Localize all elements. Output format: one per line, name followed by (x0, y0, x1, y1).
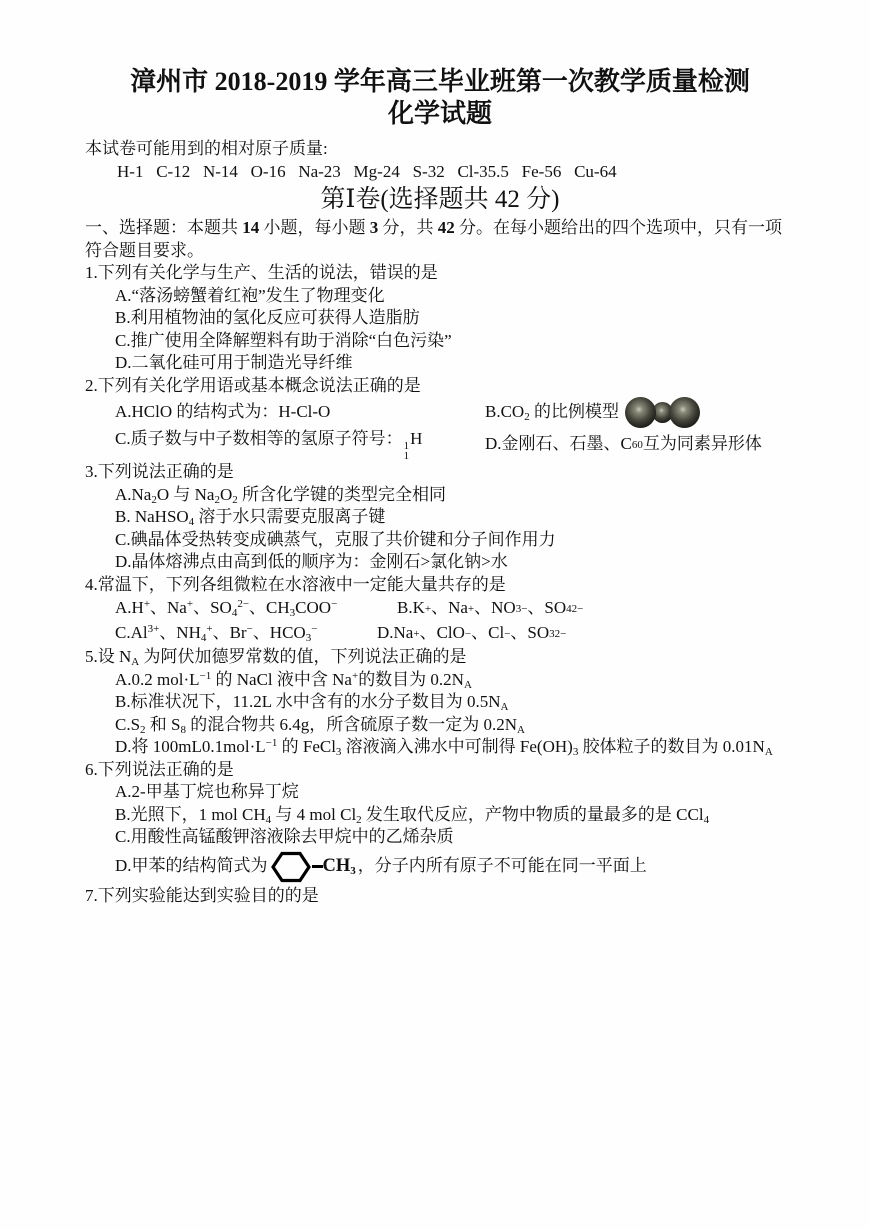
question-2-option-c: C.质子数与中子数相等的氢原子符号：11H (115, 428, 485, 461)
question-6-option-d: D.甲苯的结构简式为 CH3 ，分子内所有原子不可能在同一平面上 (85, 849, 795, 885)
question-6-option-d-suffix: ，分子内所有原子不可能在同一平面上 (358, 855, 647, 878)
exam-page: 漳州市 2018-2019 学年高三毕业班第一次教学质量检测 化学试题 本试卷可… (0, 0, 869, 1229)
question-2-option-a: A.HClO 的结构式为：H-Cl-O (115, 401, 485, 424)
question-4: 4.常温下，下列各组微粒在水溶液中一定能大量共存的是 A.H+、Na+、SO42… (85, 574, 795, 647)
question-4-row-cd: C.Al3+、NH4+、Br−、HCO3− D.Na+、ClO−、Cl−、SO3… (85, 621, 795, 646)
question-4-option-a: A.H+、Na+、SO42−、CH3COO− (115, 597, 397, 620)
oxygen-atom-sphere-left (625, 397, 656, 428)
page-content: 漳州市 2018-2019 学年高三毕业班第一次教学质量检测 化学试题 本试卷可… (85, 66, 795, 907)
atomic-mass-intro: 本试卷可能用到的相对原子质量: (85, 138, 795, 161)
question-3-option-d: D.晶体熔沸点由高到低的顺序为：金刚石>氯化钠>水 (85, 551, 795, 574)
question-1-option-c: C.推广使用全降解塑料有助于消除“白色污染” (85, 330, 795, 353)
question-2-stem: 2.下列有关化学用语或基本概念说法正确的是 (85, 375, 795, 398)
question-2-option-b: B.CO2 的比例模型 (485, 397, 700, 428)
benzene-ring-icon (270, 850, 312, 884)
question-1-stem: 1.下列有关化学与生产、生活的说法，错误的是 (85, 262, 795, 285)
question-6-option-c: C.用酸性高锰酸钾溶液除去甲烷中的乙烯杂质 (85, 826, 795, 849)
question-1: 1.下列有关化学与生产、生活的说法，错误的是 A.“落汤螃蟹着红袍”发生了物理变… (85, 262, 795, 375)
question-2-option-b-text: B.CO2 的比例模型 (485, 401, 619, 424)
question-2-option-d: D.金刚石、石墨、C60 互为同素异形体 (485, 433, 762, 456)
question-6-option-a: A.2-甲基丁烷也称异丁烷 (85, 781, 795, 804)
question-3-option-a: A.Na2O 与 Na2O2 所含化学键的类型完全相同 (85, 484, 795, 507)
question-2: 2.下列有关化学用语或基本概念说法正确的是 A.HClO 的结构式为：H-Cl-… (85, 375, 795, 462)
question-5-option-b: B.标准状况下，11.2L 水中含有的水分子数目为 0.5NA (85, 691, 795, 714)
question-5: 5.设 NA 为阿伏加德罗常数的值，下列说法正确的是 A.0.2 mol·L−1… (85, 646, 795, 759)
question-5-stem: 5.设 NA 为阿伏加德罗常数的值，下列说法正确的是 (85, 646, 795, 669)
question-4-option-c: C.Al3+、NH4+、Br−、HCO3− (115, 622, 377, 645)
oxygen-atom-sphere-right (669, 397, 700, 428)
question-5-option-c: C.S2 和 S8 的混合物共 6.4g，所含硫原子数一定为 0.2NA (85, 714, 795, 737)
methyl-group-label: CH3 (323, 855, 356, 878)
co2-space-filling-model-image (625, 397, 700, 428)
question-3-option-c: C.碘晶体受热转变成碘蒸气，克服了共价键和分子间作用力 (85, 529, 795, 552)
question-2-row-ab: A.HClO 的结构式为：H-Cl-O B.CO2 的比例模型 (85, 397, 795, 428)
question-7: 7.下列实验能达到实验目的的是 (85, 885, 795, 908)
question-6-option-b: B.光照下，1 mol CH4 与 4 mol Cl2 发生取代反应，产物中物质… (85, 804, 795, 827)
question-4-option-b: B.K+、Na+、NO3−、SO42− (397, 597, 583, 620)
question-1-option-d: D.二氧化硅可用于制造光导纤维 (85, 352, 795, 375)
question-2-row-cd: C.质子数与中子数相等的氢原子符号：11H D.金刚石、石墨、C60 互为同素异… (85, 428, 795, 461)
question-7-stem: 7.下列实验能达到实验目的的是 (85, 885, 795, 908)
section-1-instructions: 一、选择题：本题共 14 小题，每小题 3 分，共 42 分。在每小题给出的四个… (85, 217, 795, 262)
question-5-option-d: D.将 100mL0.1mol·L−1 的 FeCl3 溶液滴入沸水中可制得 F… (85, 736, 795, 759)
section-1-title: 第Ⅰ卷(选择题共 42 分) (85, 185, 795, 215)
question-4-option-d: D.Na+、ClO−、Cl−、SO32− (377, 622, 566, 645)
question-4-stem: 4.常温下，下列各组微粒在水溶液中一定能大量共存的是 (85, 574, 795, 597)
atomic-mass-list: H-1 C-12 N-14 O-16 Na-23 Mg-24 S-32 Cl-3… (85, 161, 795, 184)
toluene-structure-image: CH3 (270, 850, 356, 884)
question-4-row-ab: A.H+、Na+、SO42−、CH3COO− B.K+、Na+、NO3−、SO4… (85, 596, 795, 621)
question-6: 6.下列说法正确的是 A.2-甲基丁烷也称异丁烷 B.光照下，1 mol CH4… (85, 759, 795, 885)
question-3-stem: 3.下列说法正确的是 (85, 461, 795, 484)
question-1-option-a: A.“落汤螃蟹着红袍”发生了物理变化 (85, 285, 795, 308)
bond-line-icon (312, 865, 323, 868)
question-6-stem: 6.下列说法正确的是 (85, 759, 795, 782)
question-3: 3.下列说法正确的是 A.Na2O 与 Na2O2 所含化学键的类型完全相同 B… (85, 461, 795, 574)
question-3-option-b: B. NaHSO4 溶于水只需要克服离子键 (85, 506, 795, 529)
question-6-option-d-prefix: D.甲苯的结构简式为 (115, 855, 268, 878)
question-5-option-a: A.0.2 mol·L−1 的 NaCl 液中含 Na+的数目为 0.2NA (85, 669, 795, 692)
question-1-option-b: B.利用植物油的氢化反应可获得人造脂肪 (85, 307, 795, 330)
exam-subtitle: 化学试题 (85, 98, 795, 130)
exam-title: 漳州市 2018-2019 学年高三毕业班第一次教学质量检测 (85, 66, 795, 98)
